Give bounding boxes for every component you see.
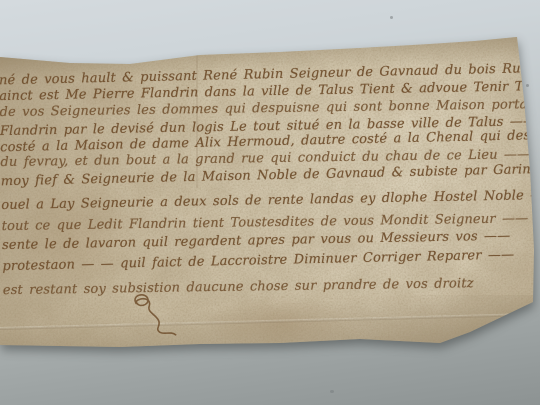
- manuscript-line: est restant soy subsistion daucune chose…: [3, 276, 474, 298]
- photo-background: né de vous hault & puissant René Rubin S…: [0, 0, 540, 405]
- manuscript-line: ouel a Lay Seigneurie a deux sols de ren…: [1, 188, 540, 213]
- manuscript-text: né de vous hault & puissant René Rubin S…: [0, 0, 540, 405]
- notary-paraph-flourish: [128, 291, 193, 340]
- parchment: né de vous hault & puissant René Rubin S…: [0, 0, 540, 405]
- parchment-wrap: né de vous hault & puissant René Rubin S…: [0, 0, 540, 405]
